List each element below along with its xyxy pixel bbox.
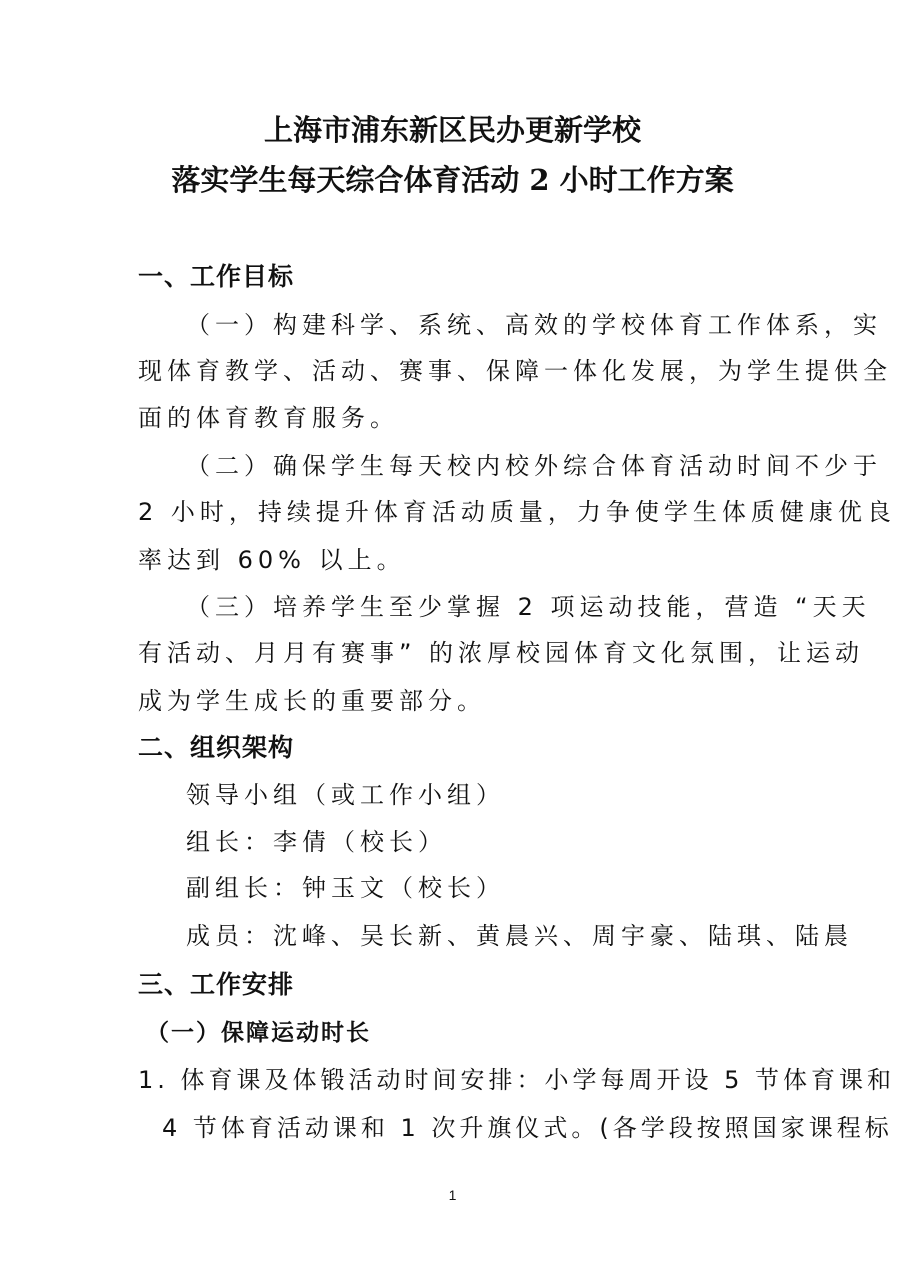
paragraph-line: 现体育教学、活动、赛事、保障一体化发展，为学生提供全 <box>138 356 892 386</box>
document-page: 上海市浦东新区民办更新学校 落实学生每天综合体育活动 2 小时工作方案 一、工作… <box>0 0 905 1280</box>
document-title-line-1: 上海市浦东新区民办更新学校 <box>0 112 905 148</box>
paragraph-line: （一）构建科学、系统、高效的学校体育工作体系，实 <box>186 310 882 340</box>
list-item-line: 1. 体育课及体锻活动时间安排：小学每周开设 5 节体育课和 <box>138 1065 895 1095</box>
paragraph-line: （三）培养学生至少掌握 2 项运动技能，营造 “天天 <box>186 592 871 622</box>
paragraph-line: 成为学生成长的重要部分。 <box>138 686 486 716</box>
list-item-line: 4 节体育活动课和 1 次升旗仪式。(各学段按照国家课程标 <box>162 1113 893 1143</box>
document-title-line-2: 落实学生每天综合体育活动 2 小时工作方案 <box>0 162 905 198</box>
org-line-leading-group: 领导小组（或工作小组） <box>186 780 505 810</box>
paragraph-line: 2 小时，持续提升体育活动质量，力争使学生体质健康优良 <box>138 497 896 527</box>
paragraph-line: 面的体育教育服务。 <box>138 403 399 433</box>
section-heading-organization: 二、组织架构 <box>138 733 294 763</box>
paragraph-line: （二）确保学生每天校内校外综合体育活动时间不少于 <box>186 451 882 481</box>
org-line-deputy-leader: 副组长：钟玉文（校长） <box>186 873 505 903</box>
page-number: 1 <box>0 1186 905 1204</box>
org-line-members: 成员：沈峰、吴长新、黄晨兴、周宇豪、陆琪、陆晨 <box>186 921 853 951</box>
paragraph-line: 有活动、月月有赛事” 的浓厚校园体育文化氛围，让运动 <box>138 638 864 668</box>
section-heading-arrangements: 三、工作安排 <box>138 970 294 1000</box>
subsection-heading-exercise-time: （一）保障运动时长 <box>146 1018 371 1048</box>
paragraph-line: 率达到 60% 以上。 <box>138 545 406 575</box>
org-line-leader: 组长：李倩（校长） <box>186 827 447 857</box>
section-heading-goals: 一、工作目标 <box>138 262 294 292</box>
